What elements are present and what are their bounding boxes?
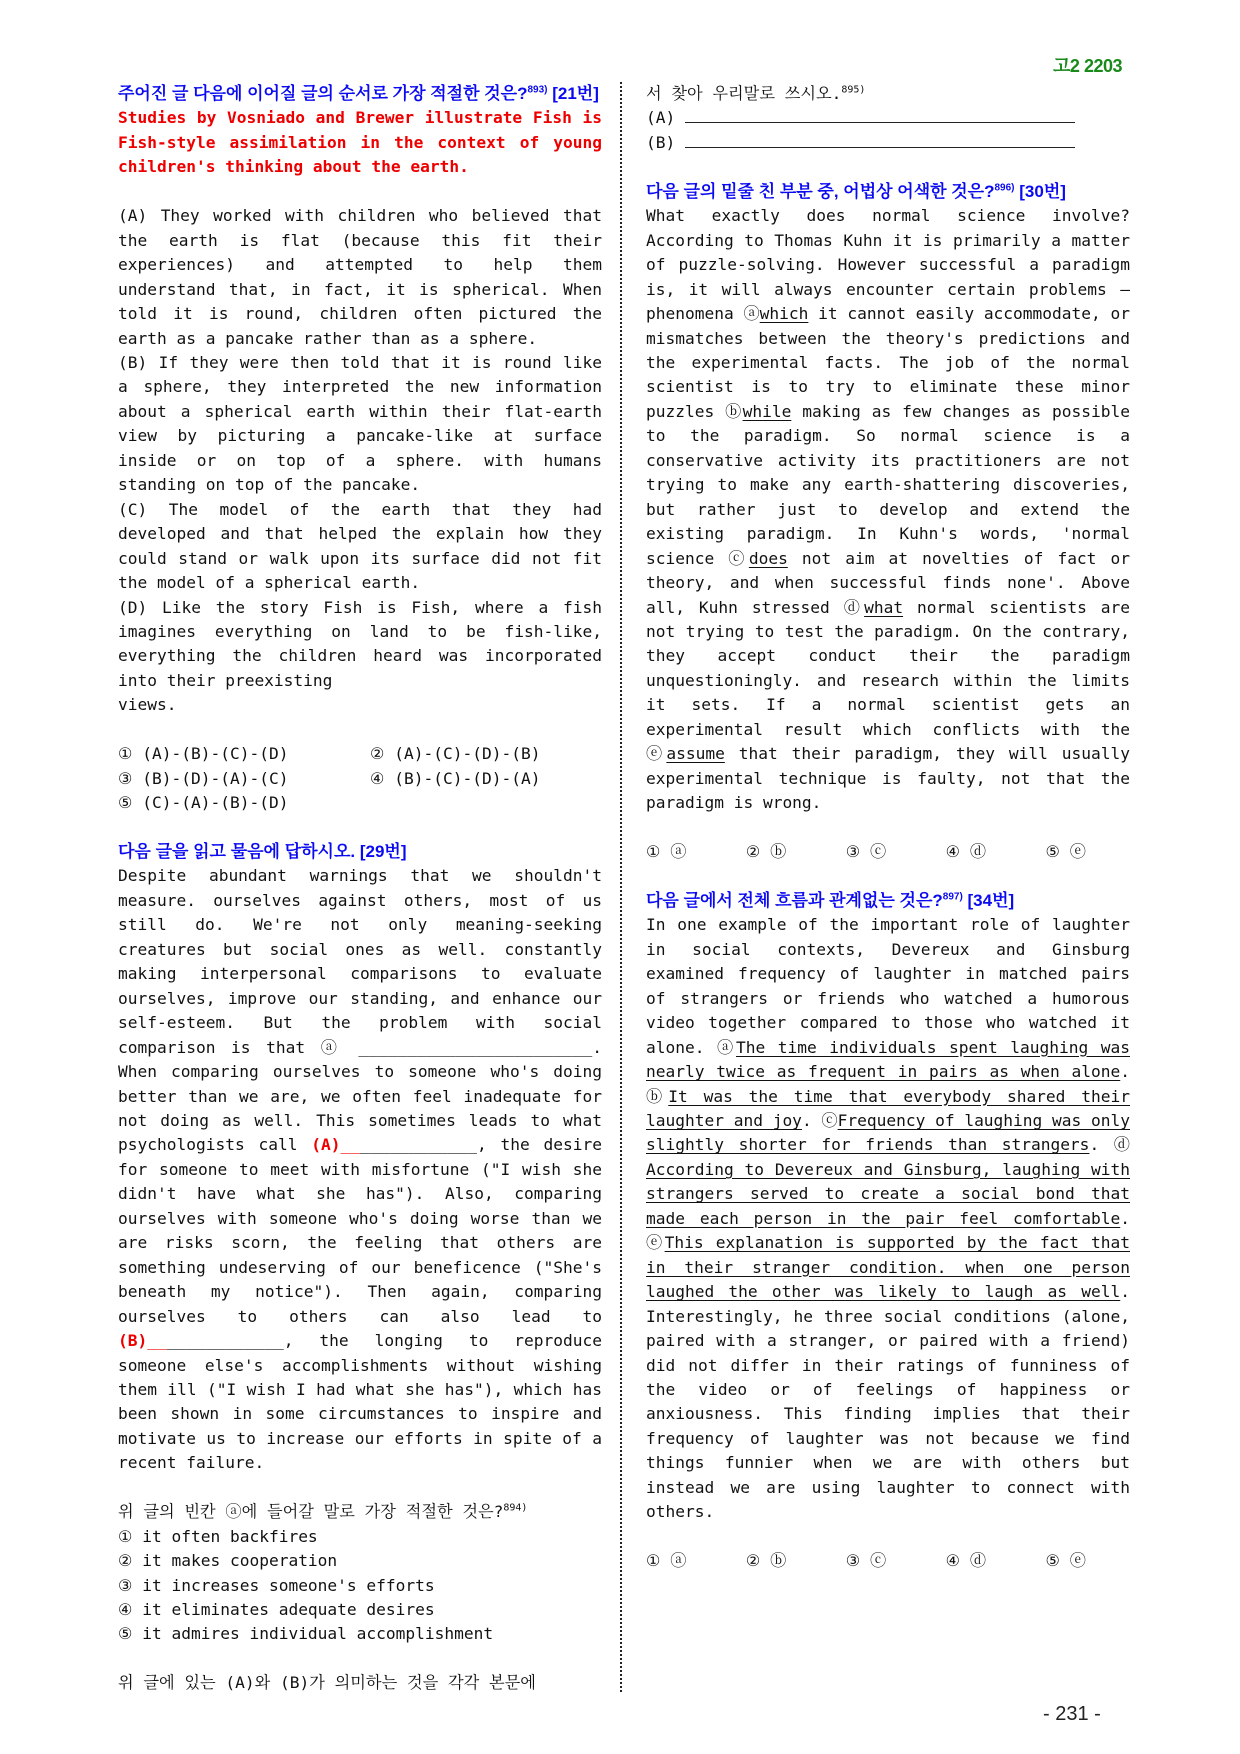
answer-label: (B) [646, 133, 675, 152]
underlined-b: while [743, 402, 792, 421]
passage-text: . ⓓ [1089, 1135, 1130, 1154]
passage-text: In one example of the important role of … [646, 915, 1130, 1056]
paragraph-d-tail: views. [118, 693, 602, 717]
question-34: 다음 글에서 전체 흐름과 관계없는 것은?897) [34번] In one … [646, 889, 1130, 1574]
question-number: [29번] [360, 842, 407, 861]
answer-line-B[interactable]: (B) [646, 131, 1130, 155]
question-text: 위 글의 빈칸 ⓐ에 들어갈 말로 가장 적절한 것은? [118, 1502, 503, 1521]
label-A: (A) [311, 1135, 340, 1154]
exam-tag: 고2 2203 [1053, 52, 1122, 78]
question-number: [34번] [968, 891, 1015, 910]
paragraph-d: (D) Like the story Fish is Fish, where a… [118, 596, 602, 694]
question-text: 다음 글에서 전체 흐름과 관계없는 것은? [646, 891, 943, 910]
option-1[interactable]: ① it often backfires [118, 1525, 602, 1549]
option-5[interactable]: ⑤ it admires individual accomplishment [118, 1622, 602, 1646]
option-1[interactable]: ① (A)-(B)-(C)-(D) [118, 742, 370, 766]
option-4[interactable]: ④ it eliminates adequate desires [118, 1598, 602, 1622]
option-2[interactable]: ② ⓑ [746, 1549, 786, 1573]
option-5[interactable]: ⑤ ⓔ [1046, 1549, 1086, 1573]
passage-30: What exactly does normal science involve… [646, 204, 1130, 815]
underlined-d: According to Devereux and Ginsburg, laug… [646, 1160, 1130, 1228]
page-number: - 231 - [1043, 1703, 1101, 1726]
underlined-e: This explanation is supported by the fac… [646, 1233, 1130, 1301]
footnote-ref: 895) [841, 85, 865, 96]
blank-A: ____________ [360, 1135, 477, 1154]
question-text: 다음 글을 읽고 물음에 답하시오. [118, 842, 355, 861]
option-3[interactable]: ③ ⓒ [846, 1549, 886, 1573]
option-5[interactable]: ⑤ ⓔ [1046, 840, 1086, 864]
option-4[interactable]: ④ ⓓ [946, 1549, 986, 1573]
blank-B: ____________ [167, 1331, 284, 1350]
answer-line-A[interactable]: (A) [646, 106, 1130, 130]
question-number: [21번] [552, 84, 599, 103]
answer-blank[interactable] [685, 133, 1075, 148]
question-30-title: 다음 글의 밑줄 친 부분 중, 어법상 어색한 것은?896) [30번] [646, 180, 1130, 204]
option-1[interactable]: ① ⓐ [646, 1549, 686, 1573]
passage-34: In one example of the important role of … [646, 913, 1130, 1524]
passage-29: Despite abundant warnings that we should… [118, 864, 602, 1475]
option-4[interactable]: ④ ⓓ [946, 840, 986, 864]
option-3[interactable]: ③ (B)-(D)-(A)-(C) [118, 767, 370, 791]
sub-question-894: 위 글의 빈칸 ⓐ에 들어갈 말로 가장 적절한 것은?894) ① it of… [118, 1500, 602, 1647]
answer-options: ① (A)-(B)-(C)-(D) ② (A)-(C)-(D)-(B) ③ (B… [118, 742, 602, 815]
question-text: 서 찾아 우리말로 쓰시오. [646, 84, 841, 103]
option-2[interactable]: ② (A)-(C)-(D)-(B) [370, 742, 602, 766]
answer-options: ① ⓐ ② ⓑ ③ ⓒ ④ ⓓ ⑤ ⓔ [646, 1549, 1086, 1573]
passage-text: . Interestingly, he three social conditi… [646, 1282, 1130, 1521]
option-5[interactable]: ⑤ (C)-(A)-(B)-(D) [118, 791, 370, 815]
question-29-title: 다음 글을 읽고 물음에 답하시오. [29번] [118, 840, 602, 864]
sub-question-895-start: 위 글에 있는 (A)와 (B)가 의미하는 것을 각각 본문에 [118, 1671, 602, 1695]
underlined-a: which [760, 304, 809, 323]
question-21: 주어진 글 다음에 이어질 글의 순서로 가장 적절한 것은?893) [21번… [118, 82, 602, 816]
footnote-ref: 896) [995, 182, 1015, 193]
paragraph-a: (A) They worked with children who believ… [118, 204, 602, 351]
column-divider [620, 82, 622, 1692]
passage-text: making as few changes as possible to the… [646, 402, 1130, 568]
question-text: 다음 글의 밑줄 친 부분 중, 어법상 어색한 것은? [646, 182, 995, 201]
footnote-ref: 897) [943, 891, 963, 902]
question-34-title: 다음 글에서 전체 흐름과 관계없는 것은?897) [34번] [646, 889, 1130, 913]
passage-text: normal scientists are not trying to test… [646, 598, 1130, 764]
answer-label: (A) [646, 108, 675, 127]
given-sentence: Studies by Vosniado and Brewer illustrat… [118, 106, 602, 179]
option-3[interactable]: ③ ⓒ [846, 840, 886, 864]
option-2[interactable]: ② it makes cooperation [118, 1549, 602, 1573]
blank-A-red: __ [341, 1135, 361, 1154]
passage-text: . ⓒ [802, 1111, 838, 1130]
blank-B-red: __ [147, 1331, 167, 1350]
answer-blank[interactable] [685, 108, 1075, 123]
question-number: [30번] [1019, 182, 1066, 201]
footnote-ref: 893) [527, 84, 547, 95]
answer-options: ① ⓐ ② ⓑ ③ ⓒ ④ ⓓ ⑤ ⓔ [646, 840, 1086, 864]
question-21-title: 주어진 글 다음에 이어질 글의 순서로 가장 적절한 것은?893) [21번… [118, 82, 602, 106]
option-1[interactable]: ① ⓐ [646, 840, 686, 864]
underlined-d: what [864, 598, 903, 617]
option-4[interactable]: ④ (B)-(C)-(D)-(A) [370, 767, 602, 791]
question-29: 다음 글을 읽고 물음에 답하시오. [29번] Despite abundan… [118, 840, 602, 1696]
passage-text: Despite abundant warnings that we should… [118, 866, 602, 1056]
footnote-ref: 894) [503, 1503, 527, 1514]
paragraph-c: (C) The model of the earth that they had… [118, 498, 602, 596]
underlined-e: assume [666, 744, 724, 763]
right-column: 서 찾아 우리말로 쓰시오.895) (A) (B) 다음 글의 밑줄 친 부분… [646, 82, 1130, 1574]
option-2[interactable]: ② ⓑ [746, 840, 786, 864]
question-30: 다음 글의 밑줄 친 부분 중, 어법상 어색한 것은?896) [30번] W… [646, 180, 1130, 865]
passage-text: , the longing to reproduce someone else'… [118, 1331, 602, 1472]
question-text: 주어진 글 다음에 이어질 글의 순서로 가장 적절한 것은? [118, 84, 527, 103]
underlined-c: does [749, 549, 788, 568]
blank-a: ________________________ [358, 1038, 592, 1057]
option-3[interactable]: ③ it increases someone's efforts [118, 1574, 602, 1598]
paragraph-b: (B) If they were then told that it is ro… [118, 351, 602, 498]
sub-question-895-end: 서 찾아 우리말로 쓰시오.895) [646, 82, 1130, 106]
left-column: 주어진 글 다음에 이어질 글의 순서로 가장 적절한 것은?893) [21번… [118, 82, 602, 1696]
passage-text: , the desire for someone to meet with mi… [118, 1135, 602, 1325]
label-B: (B) [118, 1331, 147, 1350]
